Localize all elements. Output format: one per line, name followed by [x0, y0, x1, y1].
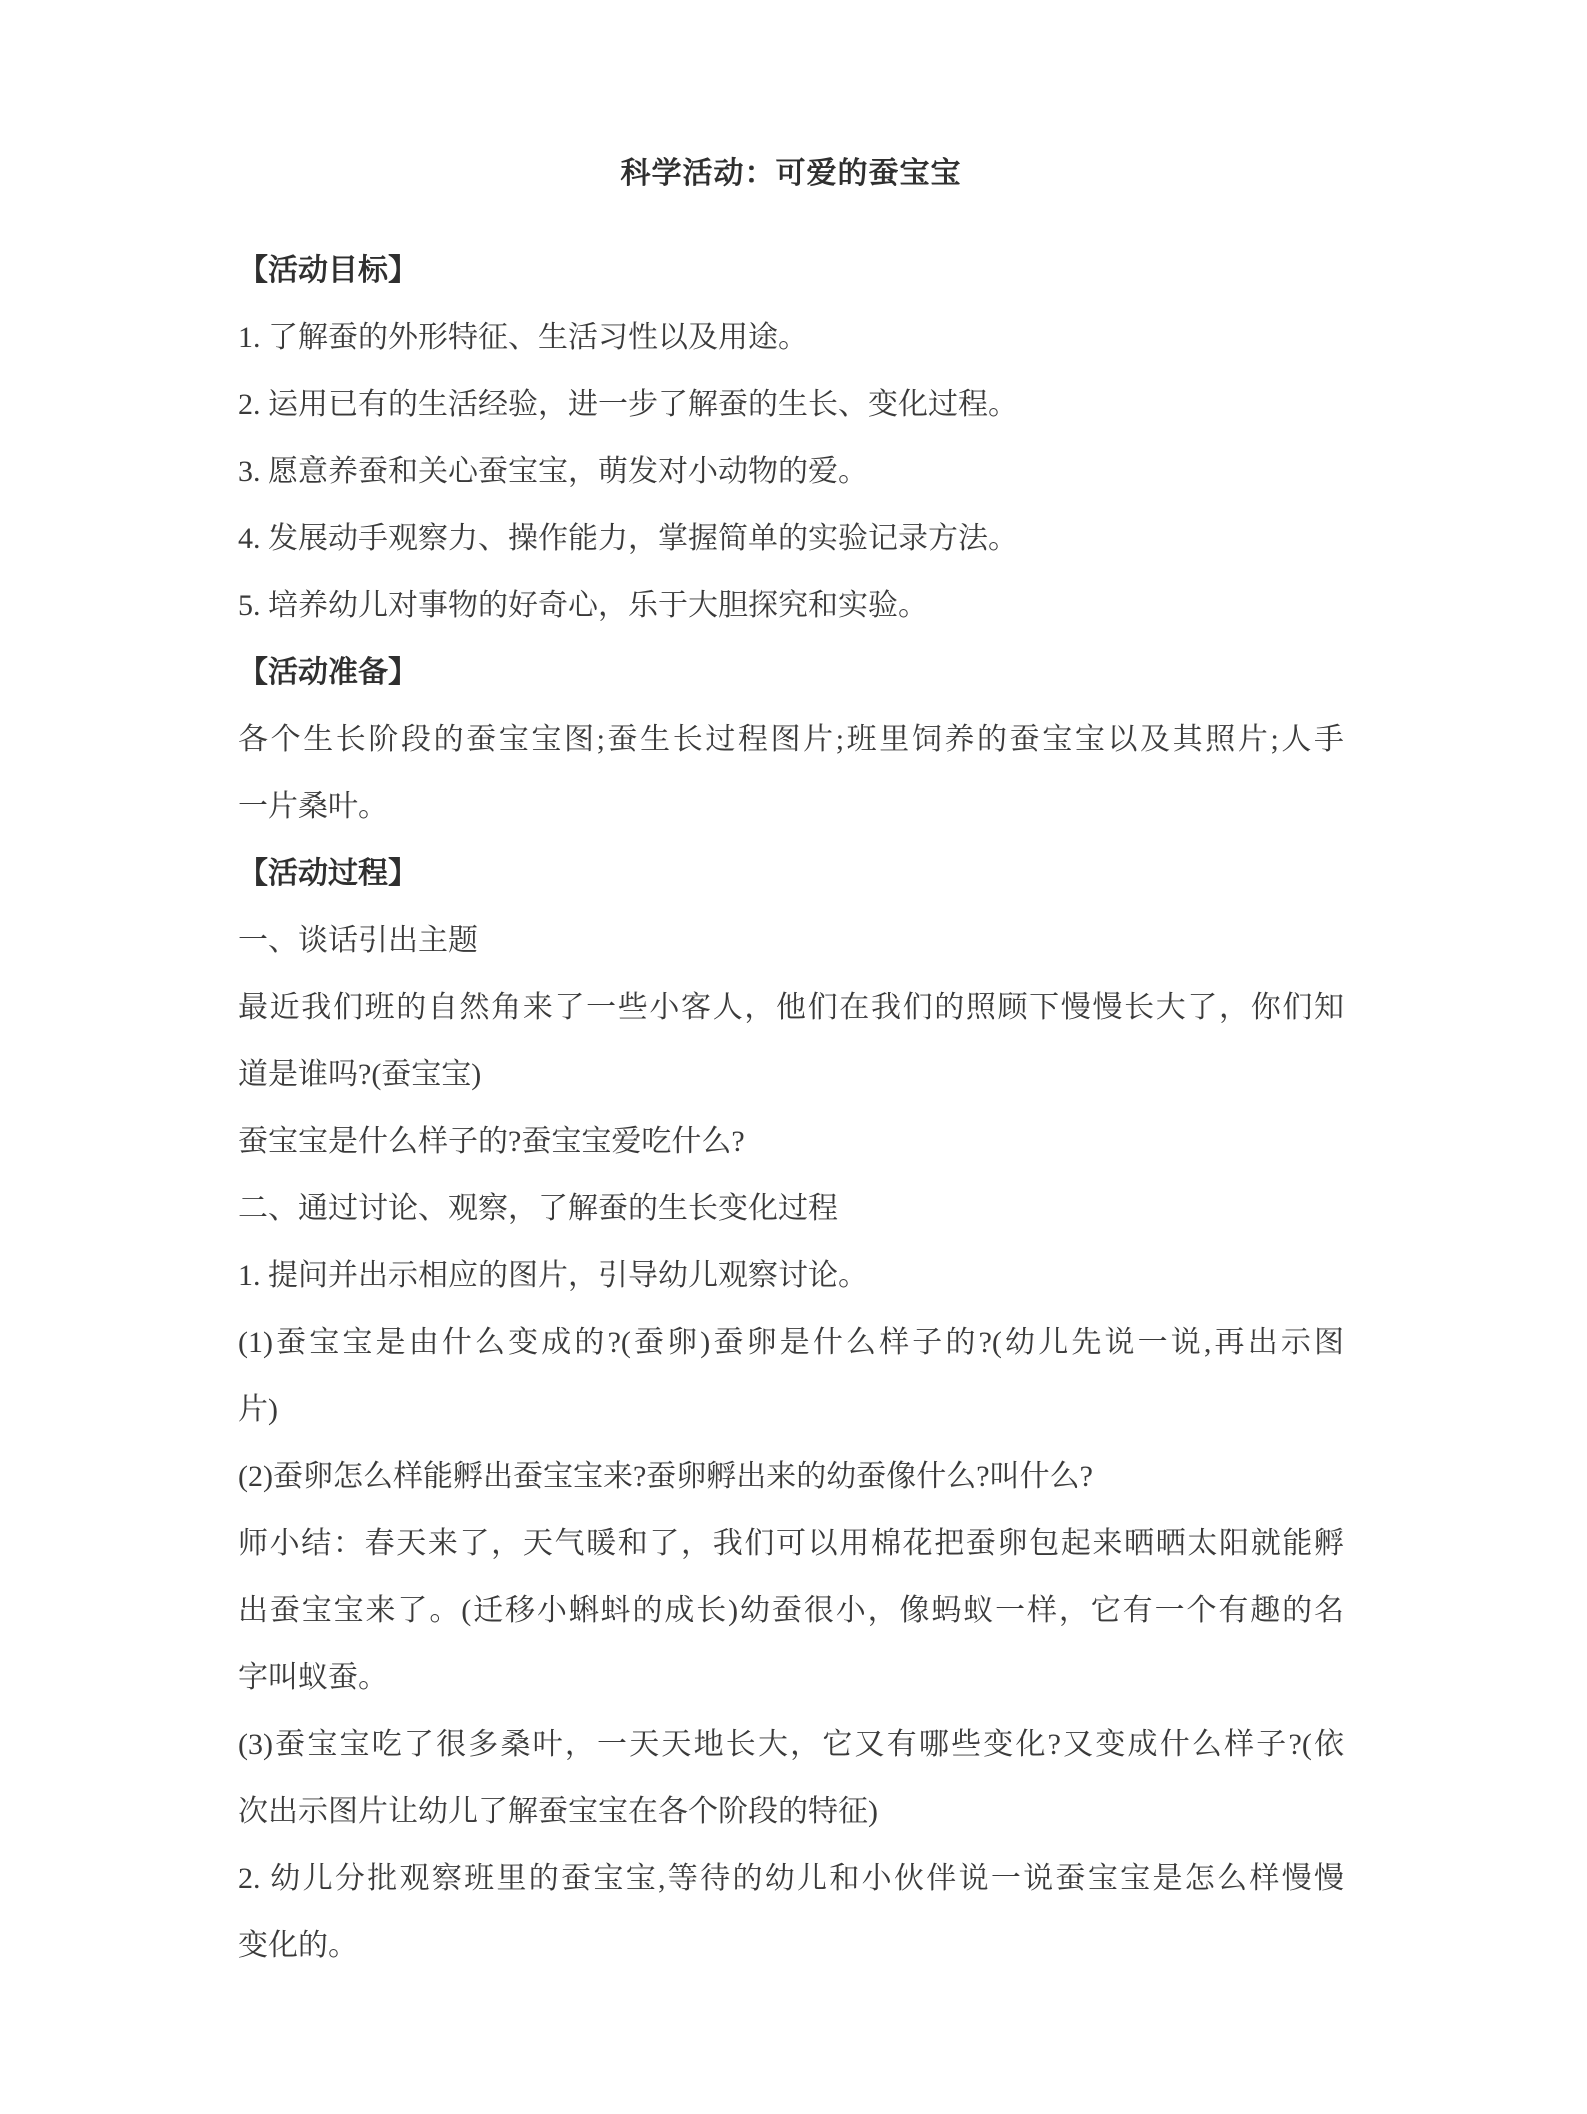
- question-3-line-1: (3)蚕宝宝吃了很多桑叶，一天天地长大，它又有哪些变化?又变成什么样子?(依: [238, 1711, 1344, 1778]
- question-1-line-2: 片): [238, 1376, 1344, 1443]
- section-heading-preparation: 【活动准备】: [238, 639, 1344, 706]
- doc-title: 科学活动：可爱的蚕宝宝: [238, 140, 1344, 207]
- preparation-text-line-2: 一片桑叶。: [238, 773, 1344, 840]
- goal-item-5: 5. 培养幼儿对事物的好奇心，乐于大胆探究和实验。: [238, 572, 1344, 639]
- process-step-2-line-1: 2. 幼儿分批观察班里的蚕宝宝,等待的幼儿和小伙伴说一说蚕宝宝是怎么样慢慢: [238, 1845, 1344, 1912]
- question-1-line-1: (1)蚕宝宝是由什么变成的?(蚕卵)蚕卵是什么样子的?(幼儿先说一说,再出示图: [238, 1309, 1344, 1376]
- document-page: 科学活动：可爱的蚕宝宝 【活动目标】 1. 了解蚕的外形特征、生活习性以及用途。…: [0, 0, 1587, 2114]
- question-2: (2)蚕卵怎么样能孵出蚕宝宝来?蚕卵孵出来的幼蚕像什么?叫什么?: [238, 1443, 1344, 1510]
- section-heading-process: 【活动过程】: [238, 840, 1344, 907]
- document-content: 科学活动：可爱的蚕宝宝 【活动目标】 1. 了解蚕的外形特征、生活习性以及用途。…: [238, 140, 1344, 1979]
- process-step-2-line-2: 变化的。: [238, 1912, 1344, 1979]
- process-intro-line-2: 道是谁吗?(蚕宝宝): [238, 1041, 1344, 1108]
- goal-item-3: 3. 愿意养蚕和关心蚕宝宝，萌发对小动物的爱。: [238, 438, 1344, 505]
- teacher-summary-line-1: 师小结：春天来了，天气暖和了，我们可以用棉花把蚕卵包起来晒晒太阳就能孵: [238, 1510, 1344, 1577]
- preparation-text-line-1: 各个生长阶段的蚕宝宝图;蚕生长过程图片;班里饲养的蚕宝宝以及其照片;人手: [238, 706, 1344, 773]
- goal-item-1: 1. 了解蚕的外形特征、生活习性以及用途。: [238, 304, 1344, 371]
- section-heading-goals: 【活动目标】: [238, 237, 1344, 304]
- goal-item-4: 4. 发展动手观察力、操作能力，掌握简单的实验记录方法。: [238, 505, 1344, 572]
- teacher-summary-line-3: 字叫蚁蚕。: [238, 1644, 1344, 1711]
- process-intro-question: 蚕宝宝是什么样子的?蚕宝宝爱吃什么?: [238, 1108, 1344, 1175]
- teacher-summary-line-2: 出蚕宝宝来了。(迁移小蝌蚪的成长)幼蚕很小，像蚂蚁一样，它有一个有趣的名: [238, 1577, 1344, 1644]
- question-3-line-2: 次出示图片让幼儿了解蚕宝宝在各个阶段的特征): [238, 1778, 1344, 1845]
- process-part-1-title: 一、谈话引出主题: [238, 907, 1344, 974]
- process-step-1: 1. 提问并出示相应的图片，引导幼儿观察讨论。: [238, 1242, 1344, 1309]
- title-gap: [238, 207, 1344, 237]
- process-part-2-title: 二、通过讨论、观察，了解蚕的生长变化过程: [238, 1175, 1344, 1242]
- process-intro-line-1: 最近我们班的自然角来了一些小客人，他们在我们的照顾下慢慢长大了，你们知: [238, 974, 1344, 1041]
- goal-item-2: 2. 运用已有的生活经验，进一步了解蚕的生长、变化过程。: [238, 371, 1344, 438]
